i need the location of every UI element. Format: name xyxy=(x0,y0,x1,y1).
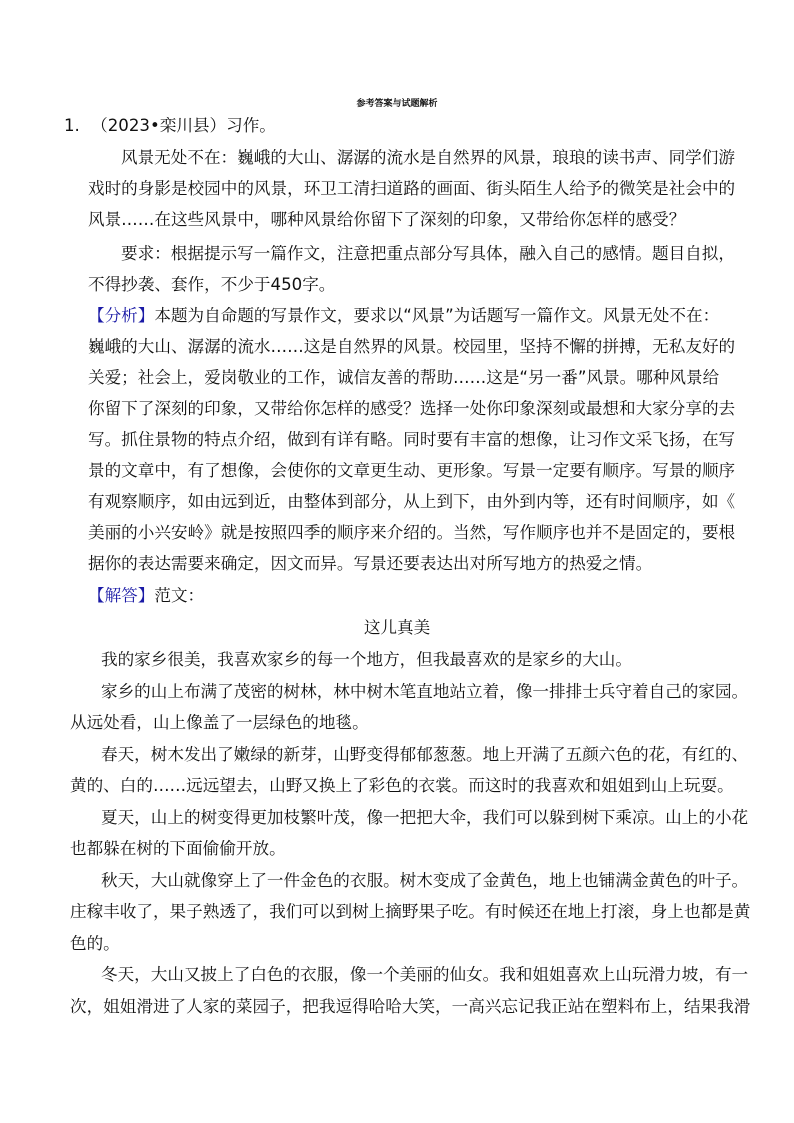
question-source: （2023•栾川县）习作。 xyxy=(91,116,276,135)
essay-line: 色的。 xyxy=(70,934,120,954)
essay-title: 这儿真美 xyxy=(0,618,794,638)
essay-line: 家乡的山上布满了茂密的树林，林中树木笔直地站立着，像一排排士兵守着自己的家园。 xyxy=(101,682,748,702)
essay-line: 我的家乡很美，我喜欢家乡的每一个地方，但我最喜欢的是家乡的大山。 xyxy=(101,650,632,670)
question-number: 1. xyxy=(64,116,80,135)
section-header: 参考答案与试题解析 xyxy=(0,96,794,109)
analysis-label: 【分析】 xyxy=(88,306,154,325)
prompt-line: 风景……在这些风景中，哪种风景给你留下了深刻的印象，又带给你怎样的感受？ xyxy=(88,210,685,230)
essay-line: 冬天，大山又披上了白色的衣服，像一个美丽的仙女。我和姐姐喜欢上山玩滑力坡，有一 xyxy=(101,965,748,985)
essay-line: 黄的、白的……远远望去，山野又换上了彩色的衣裳。而这时的我喜欢和姐姐到山上玩耍。 xyxy=(70,776,734,796)
analysis-line: 关爱；社会上，爱岗敬业的工作，诚信友善的帮助……这是“另一番”风景。哪种风景给 xyxy=(88,368,719,388)
answer-label: 【解答】 xyxy=(88,586,154,605)
question-heading: 1. （2023•栾川县）习作。 xyxy=(64,116,276,136)
prompt-line: 风景无处不在：巍峨的大山、潺潺的流水是自然界的风景，琅琅的读书声、同学们游 xyxy=(121,148,735,168)
analysis-line: 美丽的小兴安岭》就是按照四季的顺序来介绍的。当然，写作顺序也并不是固定的，要根 xyxy=(88,523,735,543)
analysis-line: 景的文章中，有了想像，会使你的文章更生动、更形象。写景一定要有顺序。写景的顺序 xyxy=(88,461,735,481)
answer-first-line: 【解答】范文： xyxy=(88,586,204,606)
analysis-line: 写。抓住景物的特点介绍，做到有详有略。同时要有丰富的想像，让习作文采飞扬，在写 xyxy=(88,430,735,450)
analysis-line: 你留下了深刻的印象，又带给你怎样的感受？选择一处你印象深刻或最想和大家分享的去 xyxy=(88,399,735,419)
analysis-line: 巍峨的大山、潺潺的流水……这是自然界的风景。校园里，坚持不懈的拼搏，无私友好的 xyxy=(88,337,735,357)
essay-line: 夏天，山上的树变得更加枝繁叶茂，像一把把大伞，我们可以躲到树下乘凉。山上的小花 xyxy=(101,808,748,828)
answer-intro: 范文： xyxy=(154,586,204,605)
essay-line: 也都躲在树的下面偷偷开放。 xyxy=(70,839,286,859)
analysis-text: 本题为自命题的写景作文，要求以“风景”为话题写一篇作文。风景无处不在： xyxy=(154,306,719,325)
requirement-line: 不得抄袭、套作，不少于450字。 xyxy=(88,275,335,295)
requirement-line: 要求：根据提示写一篇作文，注意把重点部分写具体，融入自己的感情。题目自拟， xyxy=(121,244,735,264)
analysis-first-line: 【分析】本题为自命题的写景作文，要求以“风景”为话题写一篇作文。风景无处不在： xyxy=(88,306,719,326)
analysis-line: 有观察顺序，如由远到近，由整体到部分，从上到下，由外到内等，还有时间顺序，如《 xyxy=(88,492,735,512)
prompt-line: 戏时的身影是校园中的风景，环卫工清扫道路的画面、街头陌生人给予的微笑是社会中的 xyxy=(88,179,735,199)
essay-line: 次，姐姐滑进了人家的菜园子，把我逗得哈哈大笑，一高兴忘记我正站在塑料布上，结果我… xyxy=(70,997,750,1017)
essay-line: 庄稼丰收了，果子熟透了，我们可以到树上摘野果子吃。有时候还在地上打滚，身上也都是… xyxy=(70,902,750,922)
analysis-line: 据你的表达需要来确定，因文而异。写景还要表达出对所写地方的热爱之情。 xyxy=(88,554,652,574)
essay-line: 春天，树木发出了嫩绿的新芽，山野变得郁郁葱葱。地上开满了五颜六色的花，有红的、 xyxy=(101,745,748,765)
essay-line: 从远处看，山上像盖了一层绿色的地毯。 xyxy=(70,713,369,733)
essay-line: 秋天，大山就像穿上了一件金色的衣服。树木变成了金黄色，地上也铺满金黄色的叶子。 xyxy=(101,871,748,891)
